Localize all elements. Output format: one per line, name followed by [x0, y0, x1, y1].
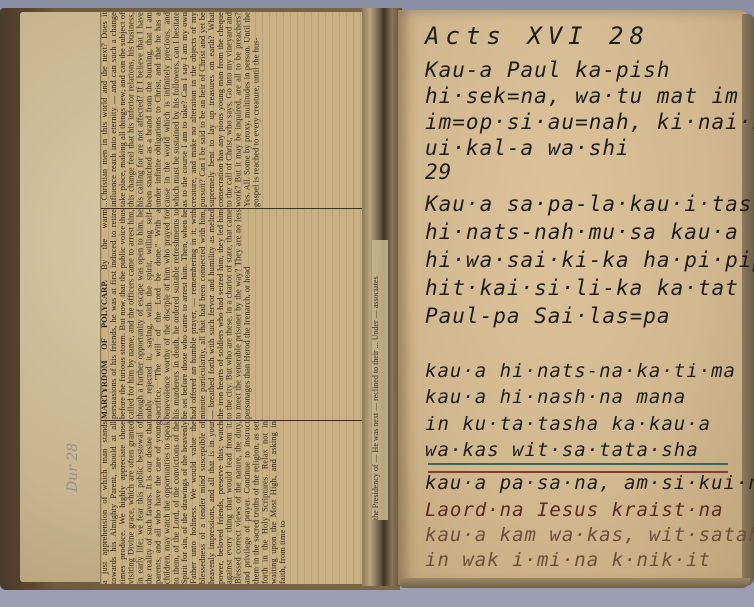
script-line: im=op·si·au=nah, ki·nai·nih	[425, 110, 754, 134]
scripture-reference: Acts XVI 28	[425, 22, 650, 50]
script-line: kau·a hi·nats-na·ka·ti·ma	[425, 360, 736, 382]
script-line: hi·sek=na, wa·tu mat im	[425, 84, 739, 108]
script-line: kau·a pa·sa·na, am·si·kui·nah	[425, 472, 754, 494]
article-heading: MARTYRDOM OF POLYCARP.	[101, 280, 109, 419]
script-line: hit·kai·si·li-ka ka·tat	[425, 276, 739, 300]
newspaper-clipping: ...Christian men in this world and the n…	[100, 12, 363, 584]
script-line: hi·nats-nah·mu·sa kau·a	[425, 220, 739, 244]
script-line: Laord·na Iesus kraist·na	[425, 499, 724, 521]
script-line: kau·a kam wa·kas, wit·satah	[425, 524, 754, 546]
pencil-margin-note: Dur 28	[65, 372, 105, 492]
verse-number: 29	[425, 160, 452, 184]
script-line: Kau·a sa·pa-la·kau·i·tas	[425, 192, 752, 216]
script-line: wa·kas wit·sa·tata·sha	[425, 439, 699, 461]
open-book: Dur 28 ...Christian men in this world an…	[0, 0, 754, 590]
script-line: kau·a hi·nash·na mana	[425, 386, 686, 408]
clipping-text-bottom: a just apprehension of which man stands …	[101, 421, 288, 584]
spine-clipping-strip: the Presidency of — He was next — reclin…	[372, 240, 388, 520]
script-line: Paul-pa Sai·las=pa	[425, 304, 671, 328]
script-line: hi·wa·sai·ki-ka ha·pi·pip·ki	[425, 248, 754, 272]
clipping-text-top: ...Christian men in this world and the n…	[101, 12, 261, 207]
script-line: in wak i·mi·na k·nik·it	[425, 549, 711, 571]
clipping-column-middle: MARTYRDOM OF POLYCARP. By the warm persu…	[101, 209, 363, 419]
clipping-column-bottom: a just apprehension of which man stands …	[101, 421, 363, 584]
script-line: ui·kal-a wa·shi	[425, 136, 630, 160]
script-line: Kau-a Paul ka-pish	[425, 58, 671, 82]
article-body: By the warm persuasions of his friends, …	[101, 209, 252, 419]
clipping-column-top: ...Christian men in this world and the n…	[101, 12, 363, 207]
page-edge-right	[742, 14, 754, 586]
script-line: in ku·ta·tasha ka·kau·a	[425, 413, 711, 435]
clipping-text-middle: MARTYRDOM OF POLYCARP. By the warm persu…	[101, 209, 252, 419]
page-edge-bottom	[400, 578, 750, 588]
